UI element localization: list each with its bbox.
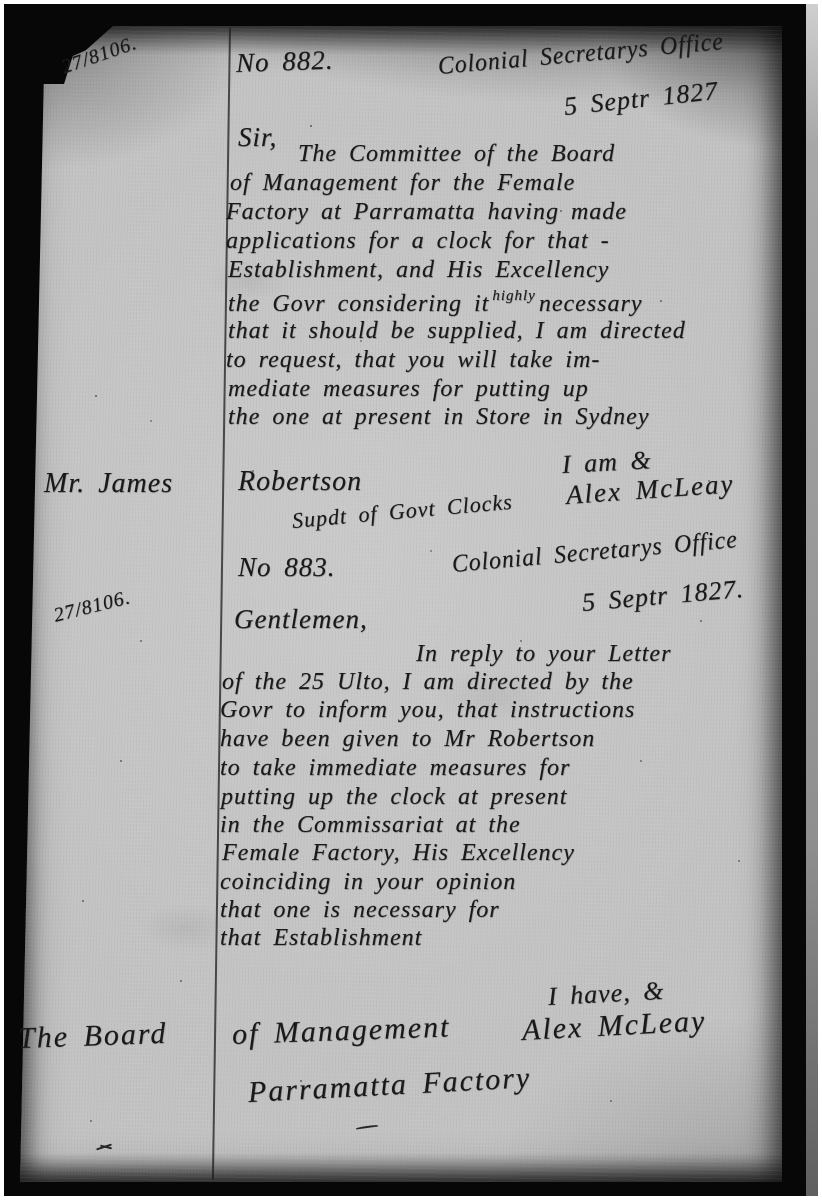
letter2-signature: Alex McLeay: [521, 1006, 707, 1046]
letter2-number: No 883.: [238, 554, 336, 581]
letter1-body-line: applications for a clock for that -: [226, 229, 610, 253]
letter2-margin-recipient: The Board: [17, 1019, 167, 1054]
letter1-body-line: to request, that you will take im-: [226, 348, 600, 372]
letter2-office: Colonial Secretarys Office: [451, 527, 739, 577]
letter1-body-line: the one at present in Store in Sydney: [228, 405, 649, 429]
letter2-body-line: In reply to your Letter: [416, 642, 671, 666]
letter1-date: 5 Septr 1827: [563, 78, 720, 120]
inserted-word: highly: [492, 288, 536, 304]
letter2-body-line: have been given to Mr Robertson: [220, 727, 595, 751]
letter1-salutation: Sir,: [238, 124, 277, 151]
letter1-closing: I am &: [561, 447, 652, 478]
letter2-closing: I have, &: [547, 978, 665, 1010]
scanned-letterbook-page: { "colors": { "paper": "#c3c3c3", "ink":…: [0, 0, 822, 1200]
letter1-body-line: of Management for the Female: [230, 171, 575, 195]
letter1-recipient-name: Robertson: [238, 468, 362, 496]
letter2-body-line: that one is necessary for: [220, 898, 500, 922]
letter1-body-line: The Committee of the Board: [298, 142, 615, 166]
stray-pen-mark: [356, 1124, 378, 1129]
letter2-body-line: putting up the clock at present: [221, 785, 567, 809]
letter1-body-line: Factory at Parramatta having made: [226, 200, 627, 224]
letter2-body-line: Female Factory, His Excellency: [222, 841, 575, 865]
insert-line-post: necessary: [539, 291, 643, 317]
letter2-recipient-name: of Management: [231, 1012, 450, 1050]
letter1-body-line: mediate measures for putting up: [228, 377, 589, 401]
letter1-body-line-with-insert: the Govr considering ithighlynecessary: [228, 289, 642, 316]
letter1-body-line: Establishment, and His Excellency: [228, 258, 609, 282]
letter1-body-line: that it should be supplied, I am directe…: [228, 319, 686, 343]
handwritten-content: 27/8106. 27/8106. No 882. Colonial Secre…: [0, 0, 822, 1200]
letter2-body-line: coinciding in your opinion: [220, 870, 516, 894]
filing-number-mid: 27/8106.: [52, 587, 133, 625]
insert-line-pre: the Govr considering it: [228, 291, 489, 317]
letter1-margin-recipient: Mr. James: [44, 470, 173, 498]
letter2-body-line: in the Commissariat at the: [220, 813, 521, 837]
letter1-number: No 882.: [236, 47, 334, 77]
letter2-salutation: Gentlemen,: [234, 606, 368, 633]
letter2-body-line: of the 25 Ulto, I am directed by the: [222, 670, 634, 694]
letter1-office: Colonial Secretarys Office: [437, 29, 725, 79]
letter2-body-line: that Establishment: [220, 926, 422, 950]
letter2-body-line: to take immediate measures for: [220, 756, 570, 780]
letter2-body-line: Govr to inform you, that instructions: [220, 698, 635, 722]
filing-number-top: 27/8106.: [59, 33, 140, 77]
letter2-recipient-place: Parramatta Factory: [247, 1063, 532, 1108]
letter2-date: 5 Septr 1827.: [581, 576, 745, 616]
